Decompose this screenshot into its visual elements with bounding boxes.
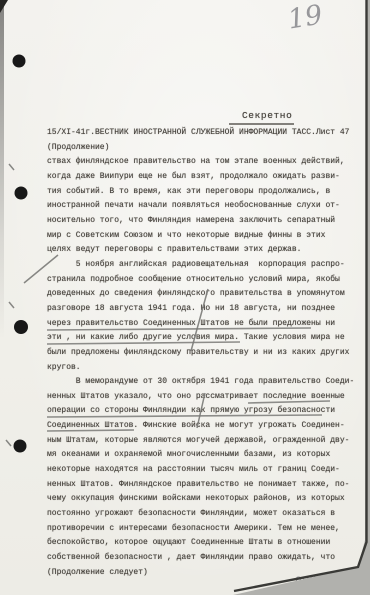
document-line: мир с Советским Союзом и что некоторые в… [47,229,362,244]
document-line: 5 ноября английская радиовещательная кор… [47,258,362,273]
document-line: эти , ни какие либо другие условия мира.… [47,331,362,346]
document-line: носительно того, что Финляндия намерена … [47,214,362,229]
document-text-block: 15/XI-41г.ВЕСТНИК ИНОСТРАННОЙ СЛУЖЕБНОЙ … [47,126,362,580]
document-line: ным Штатам, которые являются могучей дер… [47,434,362,449]
handwritten-page-number: 19 [286,0,325,35]
document-line: тия событий. В то время, как эти перегов… [47,185,362,200]
document-line: кругов. [47,361,362,376]
document-line: собственной безопасности , дает Финлянди… [47,551,362,566]
document-line: когда даже Виипури еще не был взят, прод… [47,170,362,185]
document-line: были предложены финляндскому правительст… [47,346,362,361]
document-line: операции со стороны Финляндии как прямую… [47,404,362,419]
document-line: ненных Штатов указало, что оно рассматри… [47,390,362,405]
document-line: целях ведут переговоры с правительствами… [47,243,362,258]
document-line: мя океанами и охраняемой многочисленными… [47,448,362,463]
document-subheader: (Продолжение) [47,141,362,156]
document-line: через правительство Соединенных Штатов н… [47,317,362,332]
document-line: странила подробное сообщение относительн… [47,273,362,288]
document-header: 15/XI-41г.ВЕСТНИК ИНОСТРАННОЙ СЛУЖЕБНОЙ … [47,126,362,141]
document-line: некоторые находятся на расстоянии тысяч … [47,463,362,478]
document-line: постоянно угрожают безопасности Финлянди… [47,507,362,522]
document-line: чему оккупация финскими войсками некотор… [47,492,362,507]
scanned-document-page: 19 Секретно 15/XI-41г.ВЕСТНИК ИНОСТРАННО… [0,0,370,595]
document-lines: ствах финляндское правительство на том э… [47,155,362,580]
document-line: разговоре 18 августа 1941 года. Но ни 18… [47,302,362,317]
document-line: иностранной печати начали появляться нео… [47,199,362,214]
document-line: Соединенных Штатов. Финские войска не мо… [47,419,362,434]
left-scan-edge-shadow [0,0,4,340]
document-line: беспокойство, которое ощущают Соединенны… [47,536,362,551]
classification-stamp: Секретно [242,110,292,121]
document-line: противоречии с интересами безопасности А… [47,522,362,537]
document-line: доведенных до сведения финляндского прав… [47,287,362,302]
document-line: ствах финляндское правительство на том э… [47,155,362,170]
document-line: В меморандуме от 30 октября 1941 года пр… [47,375,362,390]
document-line: ненных Штатов. Финляндское правительство… [47,478,362,493]
watermark-text: aroundspb.ru [295,574,368,586]
